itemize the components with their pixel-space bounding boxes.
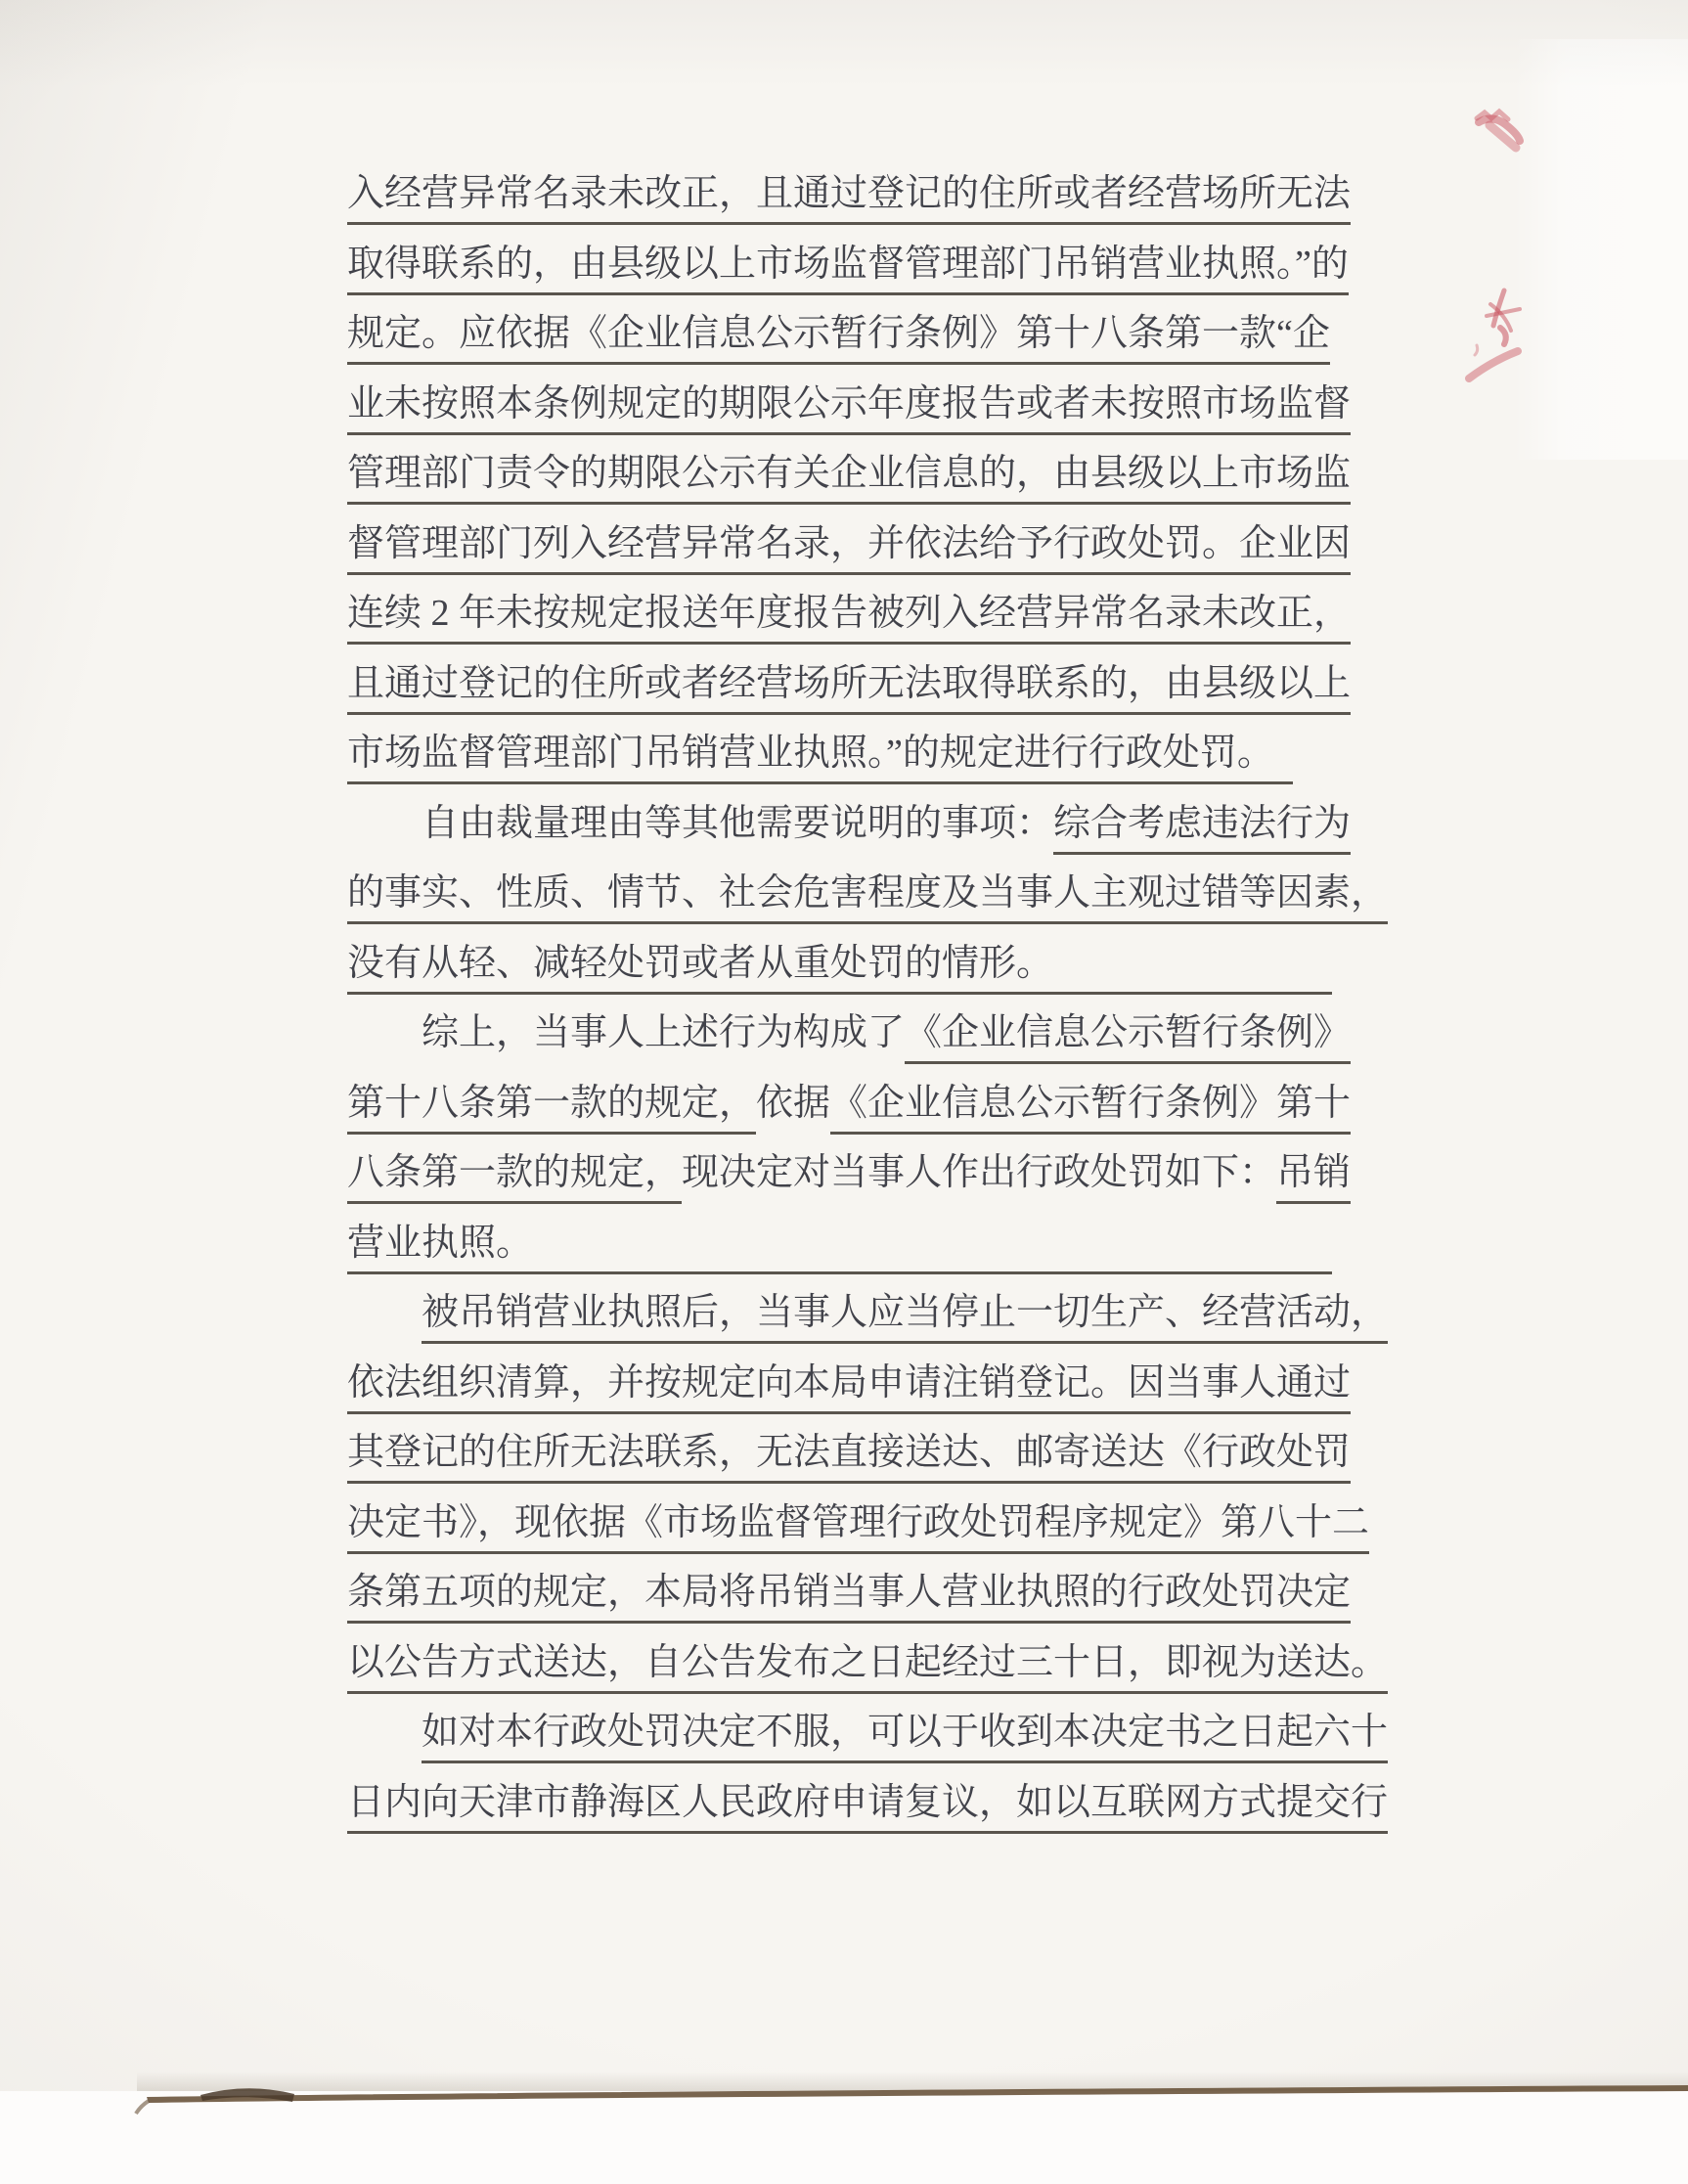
text-line: 且通过登记的住所或者经营场所无法取得联系的，由县级以上 — [347, 649, 1413, 720]
underlined-text: 业未按照本条例规定的期限公示年度报告或者未按照市场监督 — [347, 383, 1351, 435]
underlined-text: 吊销 — [1276, 1152, 1351, 1204]
paper-corner-curl — [136, 2101, 149, 2114]
document-text-block: 入经营异常名录未改正，且通过登记的住所或者经营场所无法取得联系的，由县级以上市场… — [347, 159, 1413, 1838]
text-line: 业未按照本条例规定的期限公示年度报告或者未按照市场监督 — [347, 370, 1413, 440]
underlined-text: 市场监督管理部门吊销营业执照。”的规定进行行政处罚。 — [347, 733, 1293, 784]
underlined-text: 其登记的住所无法联系，无法直接送达、邮寄送达《行政处罚 — [347, 1432, 1351, 1484]
underlined-text: 营业执照。 — [347, 1223, 1332, 1274]
underlined-text: 条第五项的规定，本局将吊销当事人营业执照的行政处罚决定 — [347, 1572, 1351, 1624]
underlined-text: 督管理部门列入经营异常名录，并依法给予行政处罚。企业因 — [347, 523, 1351, 575]
text-line: 八条第一款的规定，现决定对当事人作出行政处罚如下：吊销 — [347, 1138, 1413, 1209]
underlined-text: 依法组织清算，并按规定向本局申请注销登记。因当事人通过 — [347, 1362, 1351, 1414]
plain-text: 现决定对当事人作出行政处罚如下： — [682, 1152, 1276, 1193]
underlined-text: 且通过登记的住所或者经营场所无法取得联系的，由县级以上 — [347, 663, 1351, 715]
red-ink-mark-top — [1477, 111, 1520, 148]
paper-bottom-edge — [0, 2072, 1688, 2120]
text-line: 其登记的住所无法联系，无法直接送达、邮寄送达《行政处罚 — [347, 1418, 1413, 1489]
underlined-text: 没有从轻、减轻处罚或者从重处罚的情形。 — [347, 943, 1332, 995]
text-line: 入经营异常名录未改正，且通过登记的住所或者经营场所无法 — [347, 159, 1413, 230]
red-ink-marks — [1457, 93, 1555, 416]
underlined-text: 的事实、性质、情节、社会危害程度及当事人主观过错等因素， — [347, 872, 1388, 924]
text-line: 自由裁量理由等其他需要说明的事项：综合考虑违法行为 — [347, 789, 1413, 860]
red-ink-mark-middle — [1469, 290, 1520, 379]
text-line: 营业执照。 — [347, 1209, 1413, 1279]
underlined-text: 被吊销营业执照后，当事人应当停止一切生产、经营活动， — [422, 1292, 1388, 1344]
underlined-text: 管理部门责令的期限公示有关企业信息的，由县级以上市场监 — [347, 453, 1351, 505]
text-line: 日内向天津市静海区人民政府申请复议，如以互联网方式提交行 — [347, 1768, 1413, 1839]
underlined-text: 八条第一款的规定， — [347, 1152, 682, 1204]
text-line: 的事实、性质、情节、社会危害程度及当事人主观过错等因素， — [347, 859, 1413, 929]
text-line: 取得联系的，由县级以上市场监督管理部门吊销营业执照。”的 — [347, 230, 1413, 300]
underlined-text: 以公告方式送达，自公告发布之日起经过三十日，即视为送达。 — [347, 1642, 1388, 1694]
underlined-text: 连续 2 年未按规定报送年度报告被列入经营异常名录未改正， — [347, 593, 1351, 645]
text-line: 条第五项的规定，本局将吊销当事人营业执照的行政处罚决定 — [347, 1558, 1413, 1628]
text-line: 如对本行政处罚决定不服，可以于收到本决定书之日起六十 — [347, 1698, 1413, 1768]
text-line: 第十八条第一款的规定，依据《企业信息公示暂行条例》第十 — [347, 1069, 1413, 1139]
underlined-text: 取得联系的，由县级以上市场监督管理部门吊销营业执照。”的 — [347, 244, 1349, 295]
underlined-text: 规定。应依据《企业信息公示暂行条例》第十八条第一款“企 — [347, 313, 1330, 365]
text-line: 管理部门责令的期限公示有关企业信息的，由县级以上市场监 — [347, 439, 1413, 510]
text-line: 综上，当事人上述行为构成了《企业信息公示暂行条例》 — [347, 999, 1413, 1069]
document-photo: 入经营异常名录未改正，且通过登记的住所或者经营场所无法取得联系的，由县级以上市场… — [0, 0, 1688, 2184]
text-line: 规定。应依据《企业信息公示暂行条例》第十八条第一款“企 — [347, 299, 1413, 370]
underlined-text: 如对本行政处罚决定不服，可以于收到本决定书之日起六十 — [422, 1712, 1388, 1763]
text-line: 市场监督管理部门吊销营业执照。”的规定进行行政处罚。 — [347, 719, 1413, 789]
text-line: 以公告方式送达，自公告发布之日起经过三十日，即视为送达。 — [347, 1628, 1413, 1699]
underlined-text: 综合考虑违法行为 — [1053, 803, 1351, 855]
plain-text: 依据 — [756, 1083, 830, 1124]
underlined-text: 入经营异常名录未改正，且通过登记的住所或者经营场所无法 — [347, 173, 1351, 225]
text-line: 连续 2 年未按规定报送年度报告被列入经营异常名录未改正， — [347, 579, 1413, 649]
text-line: 依法组织清算，并按规定向本局申请注销登记。因当事人通过 — [347, 1349, 1413, 1419]
underlined-text: 第十八条第一款的规定， — [347, 1083, 756, 1135]
underlined-text: 《企业信息公示暂行条例》第十 — [830, 1083, 1351, 1135]
text-line: 督管理部门列入经营异常名录，并依法给予行政处罚。企业因 — [347, 510, 1413, 580]
plain-text: 综上，当事人上述行为构成了 — [422, 1012, 905, 1053]
text-line: 没有从轻、减轻处罚或者从重处罚的情形。 — [347, 929, 1413, 1000]
underlined-text: 决定书》，现依据《市场监督管理行政处罚程序规定》第八十二 — [347, 1502, 1369, 1554]
underlined-text: 《企业信息公示暂行条例》 — [905, 1012, 1351, 1064]
text-line: 决定书》，现依据《市场监督管理行政处罚程序规定》第八十二 — [347, 1489, 1413, 1559]
plain-text: 自由裁量理由等其他需要说明的事项： — [422, 803, 1053, 844]
text-line: 被吊销营业执照后，当事人应当停止一切生产、经营活动， — [347, 1278, 1413, 1349]
underlined-text: 日内向天津市静海区人民政府申请复议，如以互联网方式提交行 — [347, 1782, 1388, 1834]
